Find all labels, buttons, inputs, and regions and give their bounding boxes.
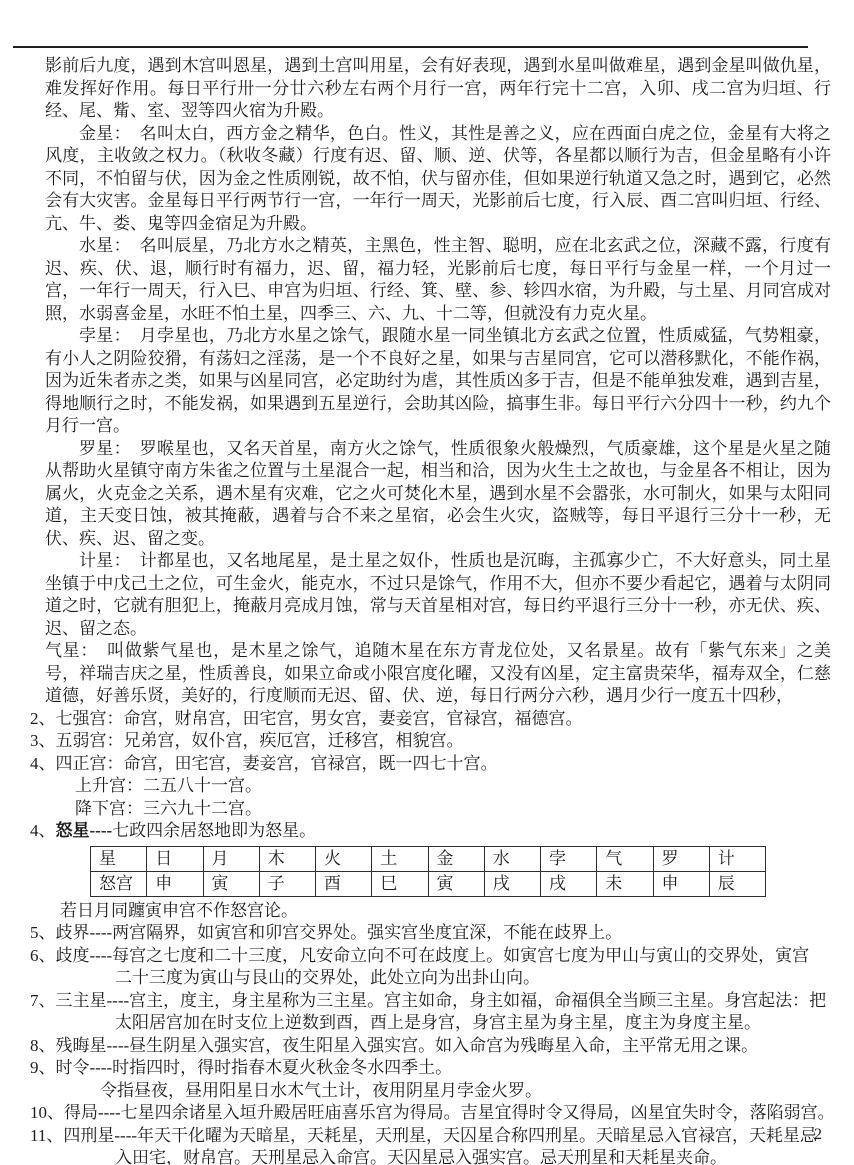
anger-table-cell: 计 <box>709 846 765 871</box>
anger-table-cell: 巳 <box>372 871 428 896</box>
item-four-punish-stars-line2: 入田宅，财帛宫。天刑星忌入命宫。天囚星忌入强实宫。忌天刑星和天耗星夹命。 <box>115 1147 831 1165</box>
anger-table-cell: 火 <box>316 846 372 871</box>
anger-table-cell: 申 <box>147 871 203 896</box>
anger-table-cell: 戌 <box>484 871 540 896</box>
line-ascending-palaces: 上升宫：二五八十一宫。 <box>75 775 831 798</box>
anger-table-note: 若日月同躔寅申宫不作怒宫论。 <box>60 900 831 923</box>
page-number: 2 <box>814 1126 822 1144</box>
anger-table-cell: 孛 <box>541 846 597 871</box>
anger-table-header-row: 星日月木火土金水孛气罗计 <box>91 846 766 871</box>
anger-table-cell: 寅 <box>203 871 259 896</box>
anger-table-cell: 星 <box>91 846 147 871</box>
anger-table-cell: 罗 <box>653 846 709 871</box>
paragraph-ji-star: 计星： 计都星也，又名地尾星，是土星之奴仆，性质也是沉晦，主孤寡少亡，不大好意头… <box>45 550 831 640</box>
paragraph-mercury: 水星： 名叫辰星，乃北方水之精英，主黑色，性主智、聪明，应在北玄武之位，深藏不露… <box>45 235 831 325</box>
angry-star-number: 4、 <box>30 821 56 840</box>
anger-table-cell: 未 <box>597 871 653 896</box>
anger-table-cell: 土 <box>372 846 428 871</box>
paragraph-venus: 金星： 名叫太白，西方金之精华，色白。性义，其性是善之义，应在西面白虎之位，金星… <box>45 123 831 236</box>
anger-table-cell: 木 <box>259 846 315 871</box>
item-four-punish-stars-line1: 11、四刑星----年天干化曜为天暗星，天耗星，天刑星，天囚星合称四刑星。天暗星… <box>30 1125 831 1148</box>
anger-table-cell: 戌 <box>541 871 597 896</box>
anger-palace-table: 星日月木火土金水孛气罗计 怒宫申寅子酉巳寅戌戌未申辰 <box>90 846 766 897</box>
item-season-order-line2: 令指昼夜，昼用阳星日水木气土计，夜用阴星月孛金火罗。 <box>100 1080 831 1103</box>
anger-table-cell: 水 <box>484 846 540 871</box>
item-angry-star: 4、怒星----七政四余居怒地即为怒星。 <box>30 820 831 843</box>
document-body: 影前后九度，遇到木宫叫恩星，遇到土宫叫用星，会有好表现，遇到水星叫做难星，遇到金… <box>45 55 831 1165</box>
anger-table-cell: 月 <box>203 846 259 871</box>
anger-table-cell: 辰 <box>709 871 765 896</box>
paragraph-luo-star: 罗星： 罗喉星也，又名天首星，南方火之馀气，性质很象火般燥烈，气质豪雄，这个星是… <box>45 438 831 551</box>
item-five-weak-palaces: 3、五弱宫：兄弟宫，奴仆宫，疾厄宫，迁移宫，相貌宫。 <box>30 730 831 753</box>
item-deju: 10、得局----七星四余诸星入垣升殿居旺庙喜乐宫为得局。吉星宜得时令又得局，凶… <box>30 1102 831 1125</box>
item-seven-strong-palaces: 2、七强宫：命宫，财帛宫，田宅宫，男女宫，妻妾宫，官禄宫，福德宫。 <box>30 708 831 731</box>
item-qi-degree-line2: 二十三度为寅山与艮山的交界处，此处立向为出卦山向。 <box>115 967 831 990</box>
item-season-order-line1: 9、时令----时指四时，得时指春木夏火秋金冬水四季土。 <box>30 1057 831 1080</box>
anger-table-cell: 金 <box>428 846 484 871</box>
item-three-main-stars-line2: 太阳居宫加在时支位上逆数到酉，酉上是身宫，身宫主星为身主星，度主为身度主星。 <box>115 1012 831 1035</box>
anger-table-cell: 怒宫 <box>91 871 147 896</box>
item-canhui-star: 8、残晦星----昼生阴星入强实宫，夜生阳星入强实宫。如入命宫为残晦星入命，主平… <box>30 1035 831 1058</box>
item-qi-boundary: 5、歧界----两宫隔界，如寅宫和卯宫交界处。强实宫坐度宜深，不能在歧界上。 <box>30 922 831 945</box>
item-four-correct-palaces: 4、四正宫：命宫，田宅宫，妻妾宫，官禄宫，既一四七十宫。 <box>30 753 831 776</box>
anger-table-value-row: 怒宫申寅子酉巳寅戌戌未申辰 <box>91 871 766 896</box>
paragraph-bei-star: 孛星： 月孛星也，乃北方水星之馀气，跟随水星一同坐镇北方玄武之位置，性质威猛，气… <box>45 325 831 438</box>
anger-table-cell: 日 <box>147 846 203 871</box>
item-qi-degree-line1: 6、歧度----每宫之七度和二十三度，凡安命立向不可在歧度上。如寅宫七度为甲山与… <box>30 945 831 968</box>
anger-table-cell: 寅 <box>428 871 484 896</box>
anger-table-cell: 子 <box>259 871 315 896</box>
paragraph-qi-star: 气星： 叫做紫气星也，是木星之馀气，追随木星在东方青龙位处，又名景星。故有「紫气… <box>45 640 831 708</box>
header-rule <box>13 46 808 48</box>
anger-table-cell: 气 <box>597 846 653 871</box>
item-three-main-stars-line1: 7、三主星----宫主，度主，身主星称为三主星。宫主如命，身主如福，命福俱全当顾… <box>30 990 831 1013</box>
line-descending-palaces: 降下宫：三六九十二宫。 <box>75 798 831 821</box>
anger-table-cell: 酉 <box>316 871 372 896</box>
angry-star-text: 七政四余居怒地即为怒星。 <box>112 821 316 840</box>
anger-table-cell: 申 <box>653 871 709 896</box>
angry-star-label: 怒星---- <box>56 821 113 840</box>
paragraph-mars-continuation: 影前后九度，遇到木宫叫恩星，遇到土宫叫用星，会有好表现，遇到水星叫做难星，遇到金… <box>45 55 831 123</box>
